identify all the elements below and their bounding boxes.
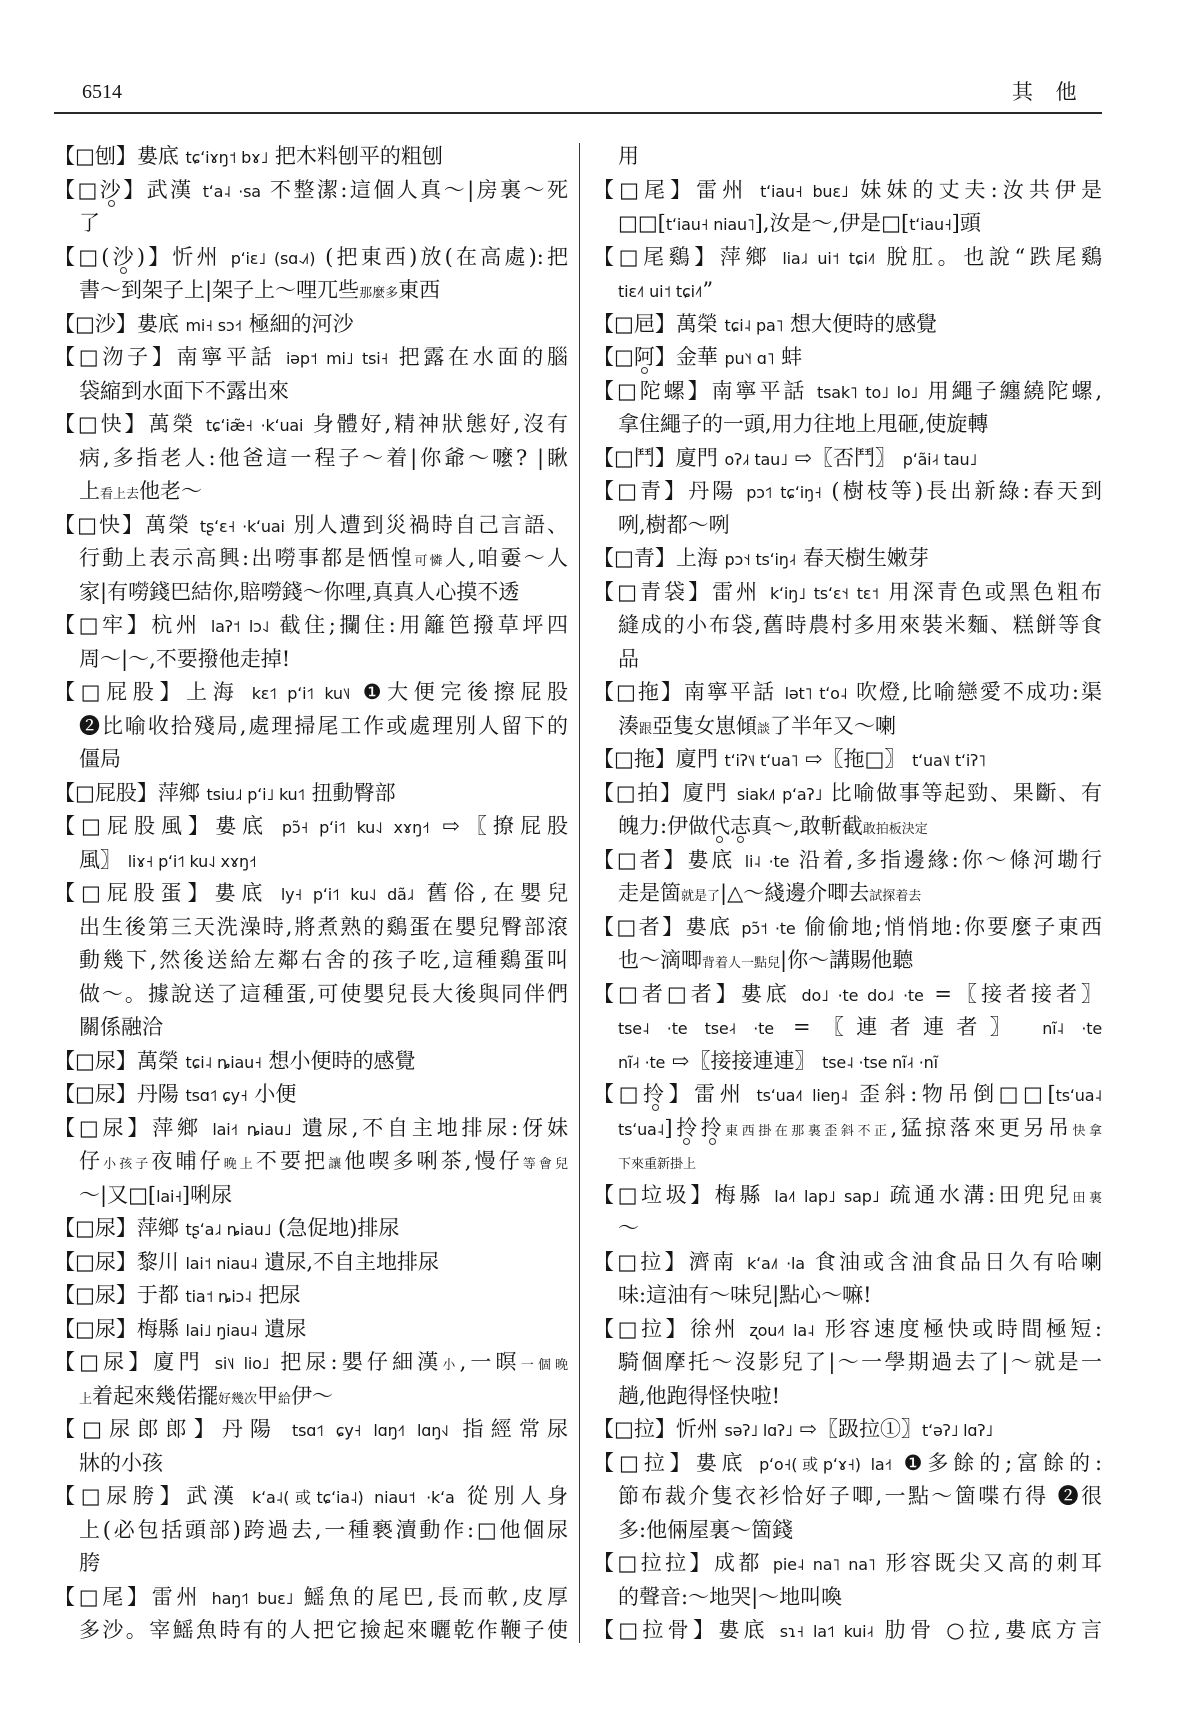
entry-line: 【□拍】廈門 siak˩˥ pʻaʔ˩ 比喻做事等起勁、果斷、有 — [593, 777, 1102, 811]
entry-line: 【□拖】南寧平話 lət˥ tʻo˨ 吹燈,比喻戀愛不成功:渠 — [593, 676, 1102, 710]
entry-line: 用 — [593, 140, 1102, 174]
dictionary-entry: 【□快】萬榮 tɕʻiæ̃˧ ·kʻuai 身體好,精神狀態好,沒有病,多指老人… — [54, 408, 568, 509]
gloss-note: 讓 — [328, 1157, 344, 1172]
left-column: 【□刨】婁底 tɕʻiɤŋ˦ bɤ˩ 把木料刨平的粗刨【□沙】武漢 tʻa˨ ·… — [54, 140, 568, 1648]
dialect-location: 武漢 — [186, 1484, 239, 1508]
pronunciation: do˩ ·te do˩˨ ·te — [801, 986, 923, 1005]
pronunciation: tʻua˥˩ tʻiʔ˥ — [912, 751, 986, 770]
pronunciation: pu˥˧ ɑ˥ — [725, 349, 775, 368]
section-title: 其 他 — [1012, 81, 1077, 103]
pronunciation: mi˧ sɔ˧˦ — [186, 316, 242, 335]
entry-line: 的聲音:～地哭|～地叫喚 — [593, 1581, 1102, 1615]
dialect-location: 忻州 — [172, 245, 220, 269]
entry-line: 【□者□者】婁底 do˩ ·te do˩˨ ·te =〖接者接者〗 — [593, 978, 1102, 1012]
page-number: 6514 — [82, 82, 122, 102]
dialect-location: 廈門 — [676, 446, 718, 470]
dialect-location: 南寧平話 — [177, 345, 276, 369]
dialect-location: 徐州 — [690, 1317, 739, 1341]
headword: 【□刨】 — [54, 144, 137, 168]
pronunciation: ly˧ pʻi˦˥ ku˨˩ dã˩˨ — [281, 885, 414, 904]
entry-line: 【□青】上海 pɔ˦˧ tsʻiŋ˨˧ 春天樹生嫩芽 — [593, 542, 1102, 576]
entry-line: 下來重新掛上 — [593, 1145, 1102, 1179]
headword: 【□拉】 — [593, 1417, 676, 1441]
entry-line: 風〗 liɤ˧ pʻi˦˥ ku˨˩ xɤŋ˧˦ — [54, 844, 568, 878]
dictionary-entry: 【□陀螺】南寧平話 tsak˥ to˩ lo˩ 用繩子纏繞陀螺,拿住繩子的一頭,… — [593, 375, 1102, 442]
pronunciation: kʻa˩˥ ·la — [747, 1254, 805, 1273]
dialect-location: 萬榮 — [145, 513, 191, 537]
headword: 【□尾鷄】 — [593, 245, 720, 269]
pronunciation: pɔ̃˧ pʻi˦˥ ku˨˩ xɤŋ˧˦ — [282, 818, 430, 837]
gloss-note: 背着人一點兒 — [702, 956, 780, 971]
dictionary-entry: 【□尿】萍鄉 tʂʻa˩˨ ȵiau˩ (急促地)排尿 — [54, 1212, 568, 1246]
dictionary-entry: 【□青】上海 pɔ˦˧ tsʻiŋ˨˧ 春天樹生嫩芽 — [593, 542, 1102, 576]
dialect-location: 濟南 — [689, 1250, 737, 1274]
entry-line: 品 — [593, 643, 1102, 677]
headword: 【□尿】 — [54, 1317, 137, 1341]
entry-line: tse˨ ·te tse˨˧ ·te =〖連者連者〗 nĩ˨ ·te — [593, 1011, 1102, 1045]
pronunciation: lai˧˦ ȵiau˩ — [212, 1120, 291, 1139]
pronunciation: tse˨ ·te tse˨˧ ·te — [618, 1019, 774, 1038]
pronunciation: pʻãi˨˧ tau˩ — [903, 450, 977, 469]
dialect-location: 婁底 — [214, 881, 268, 905]
dialect-location: 上海 — [676, 546, 718, 570]
headword: 【□青】 — [593, 546, 676, 570]
entry-continuation: 用 — [593, 140, 1102, 174]
pronunciation: tɕi˨ ȵiau˧ — [186, 1053, 262, 1072]
dictionary-entry: 【□阿】金華 pu˥˧ ɑ˥ 蚌 — [593, 341, 1102, 375]
dictionary-entry: 【□屁股】上海 kɛ˦˥ pʻi˦˥ ku˥˩ ❶大便完後擦屁股❷比喻收拾殘局,… — [54, 676, 568, 777]
pronunciation: kʻa˨(或tɕʻia˨) niau˦ ·kʻa — [252, 1488, 455, 1507]
entry-line: 【□尿】廈門 si˥˩ lio˩ 把尿:嬰仔細漢小,一暝一個晚 — [54, 1346, 568, 1380]
entry-line: 【□屁股】上海 kɛ˦˥ pʻi˦˥ ku˥˩ ❶大便完後擦屁股 — [54, 676, 568, 710]
dialect-location: 上海 — [186, 680, 239, 704]
pronunciation: tia˦ ȵiɔ˨ — [186, 1287, 252, 1306]
entry-line: 做～。據說送了這種蛋,可使嬰兒長大後與同伴們 — [54, 978, 568, 1012]
gloss-note: 東西掛在那裏歪斜不正 — [725, 1124, 890, 1139]
entry-line: 騎個摩托～沒影兒了|～一學期過去了|～就是一 — [593, 1346, 1102, 1380]
headword: 【□者□者】 — [593, 982, 741, 1006]
entry-line: 【□(沙)】忻州 pʻiɛ˩ (sɑ˨˩˦) (把東西)放(在高處):把 — [54, 241, 568, 275]
pronunciation: tʂʻa˩˨ ȵiau˩ — [186, 1220, 272, 1239]
headword: 【□青】 — [593, 479, 688, 503]
headword: 【□(沙)】 — [54, 245, 172, 269]
circled-char: 拎 — [701, 1116, 726, 1140]
dialect-location: 婁底 — [687, 848, 735, 872]
pronunciation: tɕi˨ pa˥ — [725, 316, 784, 335]
pronunciation: tʻiʔ˥˩ tʻua˥ — [725, 751, 799, 770]
dictionary-entry: 【□尿】于都 tia˦ ȵiɔ˨ 把尿 — [54, 1279, 568, 1313]
entry-line: 拿住繩子的一頭,用力往地上甩砸,使旋轉 — [593, 408, 1102, 442]
dictionary-entry: 【□快】萬榮 tʂʻɛ˧ ·kʻuai 別人遭到災禍時自己言語、行動上表示高興:… — [54, 509, 568, 610]
dictionary-entry: 【□㞎】萬榮 tɕi˨ pa˥ 想大便時的感覺 — [593, 308, 1102, 342]
gloss-note: 好幾次 — [218, 1392, 257, 1407]
entry-line: 行動上表示高興:出嘮事都是恓惶可憐人,咱嫑～人 — [54, 542, 568, 576]
pronunciation: tse˨ ·tse nĩ˨˧ ·nĩ — [822, 1053, 938, 1072]
dialect-location: 雷州 — [696, 178, 748, 202]
entry-line: 【□拉】徐州 ʐou˨˥ la˨ 形容速度極快或時間極短: — [593, 1313, 1102, 1347]
entry-line: 牀的小孩 — [54, 1447, 568, 1481]
headword: 【□鬥】 — [593, 446, 676, 470]
entry-line: 【□陀螺】南寧平話 tsak˥ to˩ lo˩ 用繩子纏繞陀螺, — [593, 375, 1102, 409]
entry-line: 【□快】萬榮 tʂʻɛ˧ ·kʻuai 別人遭到災禍時自己言語、 — [54, 509, 568, 543]
gloss-note: 田裏 — [1072, 1191, 1102, 1206]
entry-line: 【□拉】濟南 kʻa˩˥ ·la 食油或含油食品日久有哈喇 — [593, 1246, 1102, 1280]
dictionary-entry: 【□者】婁底 li˨ ·te 沿着,多指邊緣:你～條河墈行走是箇就是了|△～綫邊… — [593, 844, 1102, 911]
dictionary-entry: 【□牢】杭州 laʔ˦ lɔ˨˩ 截住;攔住:用籬笆撥草坪四周～|～,不要撥他走… — [54, 609, 568, 676]
entry-line: 【□尾】雷州 tʻiau˧ buɛ˩ 妹妹的丈夫:汝共伊是 — [593, 174, 1102, 208]
dictionary-entry: 【□屁股蛋】婁底 ly˧ pʻi˦˥ ku˨˩ dã˩˨ 舊俗,在嬰兒出生後第三… — [54, 877, 568, 1045]
gloss-note: 快拿 — [1072, 1124, 1102, 1139]
dialect-location: 婁底 — [741, 982, 791, 1006]
headword: 【□尿】 — [54, 1116, 152, 1140]
entry-line: 【□沕子】南寧平話 iəp˦ mi˩ tsi˧ 把露在水面的腦 — [54, 341, 568, 375]
entry-line: □□[tʻiau˧ niau˥],汝是～,伊是□[tʻiau˧]頭 — [593, 207, 1102, 241]
dialect-location: 金華 — [676, 345, 718, 369]
dictionary-entry: 【□拉】忻州 səʔ˩ lɑʔ˩ ⇨〖趿拉①〗tʻəʔ˩ lɑʔ˩ — [593, 1413, 1102, 1447]
dictionary-entry: 【□者□者】婁底 do˩ ·te do˩˨ ·te =〖接者接者〗tse˨ ·t… — [593, 978, 1102, 1079]
pronunciation: tsak˥ to˩ lo˩ — [817, 383, 918, 402]
headword: 【□屁股】 — [54, 781, 158, 805]
pronunciation: liɤ˧ pʻi˦˥ ku˨˩ xɤŋ˧˦ — [128, 852, 257, 871]
pronunciation: tsʻua˨ — [618, 1120, 664, 1139]
entry-line: 【□刨】婁底 tɕʻiɤŋ˦ bɤ˩ 把木料刨平的粗刨 — [54, 140, 568, 174]
entry-line: 也～滴唧背着人一點兒|你～講賜他聽 — [593, 944, 1102, 978]
entry-line: 家|有嘮錢巴結你,賠嘮錢～你哩,真真人心摸不透 — [54, 576, 568, 610]
dialect-location: 萍鄉 — [158, 781, 200, 805]
headword: 【□尿】 — [54, 1216, 137, 1240]
dialect-location: 南寧平話 — [684, 680, 776, 704]
entry-line: 病,多指老人:他爸這一程子～着|你爺～嚒? |瞅 — [54, 442, 568, 476]
pronunciation: tʻiau˧ buɛ˩ — [760, 182, 848, 201]
gloss-note: 談 — [757, 722, 770, 737]
right-column: 用【□尾】雷州 tʻiau˧ buɛ˩ 妹妹的丈夫:汝共伊是□□[tʻiau˧ … — [593, 140, 1102, 1648]
entry-line: 【□尿胯】武漢 kʻa˨(或tɕʻia˨) niau˦ ·kʻa 從別人身 — [54, 1480, 568, 1514]
dialect-location: 成都 — [714, 1551, 763, 1575]
pronunciation: tʻəʔ˩ lɑʔ˩ — [922, 1421, 993, 1440]
dialect-location: 婁底 — [137, 312, 179, 336]
entry-line: 【□尾鷄】萍鄉 lia˩˨ ui˦ tɕi˨˥ 脫肛。也說“跌尾鷄 — [593, 241, 1102, 275]
pronunciation: tsʻua˨ — [1056, 1086, 1102, 1105]
headword: 【□拉】 — [593, 1317, 690, 1341]
dictionary-entry: 【□尿】丹陽 tsɑ˦˥ ɕy˧ 小便 — [54, 1078, 568, 1112]
pronunciation: si˥˩ lio˩ — [215, 1354, 270, 1373]
entry-line: ～|又□[lai˧]唎尿 — [54, 1179, 568, 1213]
entry-line: 【□青】丹陽 pɔ˦˥ tɕʻiŋ˧ (樹枝等)長出新綠:春天到 — [593, 475, 1102, 509]
pronunciation: pɔ˦˧ tsʻiŋ˨˧ — [725, 550, 797, 569]
entry-line: 【□屁股風】婁底 pɔ̃˧ pʻi˦˥ ku˨˩ xɤŋ˧˦ ⇨〖撩屁股 — [54, 810, 568, 844]
pronunciation: nĩ˨ ·te — [1042, 1019, 1102, 1038]
dialect-location: 萍鄉 — [720, 245, 771, 269]
dialect-location: 萬榮 — [137, 1049, 179, 1073]
entry-line: 多:他倆屋裏～箇錢 — [593, 1514, 1102, 1548]
headword: 【□牢】 — [54, 613, 151, 637]
headword: 【□垃圾】 — [593, 1183, 715, 1207]
entry-line: nĩ˨˧ ·te ⇨〖接接連連〗 tse˨ ·tse nĩ˨˧ ·nĩ — [593, 1045, 1102, 1079]
entry-line: 湊跟亞隻女崽傾談了半年又～喇 — [593, 710, 1102, 744]
pronunciation: tiɛ˨˥ ui˦ tɕi˨˥ — [618, 282, 702, 301]
dictionary-entry: 【□尿郎郎】丹陽 tsɑ˦˥ ɕy˧ lɑŋ˧˥ lɑŋ˧˩ 指經常尿牀的小孩 — [54, 1413, 568, 1480]
dialect-location: 廈門 — [683, 781, 729, 805]
dictionary-entry: 【□尾鷄】萍鄉 lia˩˨ ui˦ tɕi˨˥ 脫肛。也說“跌尾鷄tiɛ˨˥ u… — [593, 241, 1102, 308]
entry-line: ～ — [593, 1212, 1102, 1246]
headword: 【□㞎】 — [593, 312, 676, 336]
headword: 【□尾】 — [593, 178, 696, 202]
entry-line: 【□者】婁底 li˨ ·te 沿着,多指邊緣:你～條河墈行 — [593, 844, 1102, 878]
headword: 【□沙】 — [54, 178, 147, 202]
dialect-location: 雷州 — [152, 1585, 201, 1609]
dialect-location: 婁底 — [137, 144, 179, 168]
dialect-location: 廈門 — [676, 747, 718, 771]
headword: 【□拉】 — [593, 1250, 689, 1274]
entry-line: 動幾下,然後送給左鄰右舍的孩子吃,這種鷄蛋叫 — [54, 944, 568, 978]
pronunciation: li˨ ·te — [745, 852, 790, 871]
pronunciation: tsɑ˦˥ ɕy˧ lɑŋ˧˥ lɑŋ˧˩ — [292, 1421, 449, 1440]
pronunciation: tʻiau˧ niau˥ — [666, 215, 755, 234]
circled-char: 沙 — [109, 245, 136, 269]
gloss-note: 看上去 — [100, 487, 139, 502]
dictionary-entry: 【□尿】黎川 lai˦ niau˨ 遺尿,不自主地排尿 — [54, 1246, 568, 1280]
gloss-note: 那麼多 — [359, 286, 398, 301]
dictionary-entry: 【□拉】濟南 kʻa˩˥ ·la 食油或含油食品日久有哈喇味:這油有～味兒|點心… — [593, 1246, 1102, 1313]
dictionary-entry: 【□拍】廈門 siak˩˥ pʻaʔ˩ 比喻做事等起勁、果斷、有魄力:伊做代志真… — [593, 777, 1102, 844]
pronunciation: tsɑ˦˥ ɕy˧ — [186, 1086, 248, 1105]
gloss-note: 晚上 — [224, 1157, 256, 1172]
entry-line: 【□尾】雷州 haŋ˦˥ buɛ˩ 鰩魚的尾巴,長而軟,皮厚 — [54, 1581, 568, 1615]
pronunciation: tɕʻiɤŋ˦ bɤ˩ — [186, 148, 269, 167]
headword: 【□屁股風】 — [54, 814, 215, 838]
entry-line: 【□沙】武漢 tʻa˨ ·sa 不整潔:這個人真～|房裏～死 — [54, 174, 568, 208]
dictionary-entry: 【□沙】婁底 mi˧ sɔ˧˦ 極細的河沙 — [54, 308, 568, 342]
dialect-location: 杭州 — [151, 613, 200, 637]
circled-char: 拎 — [643, 1082, 669, 1106]
pronunciation: lət˥ tʻo˨ — [785, 684, 848, 703]
entry-line: 【□拉】婁底 pʻo˧(或pʻɤ˧) la˧˦ ❶多餘的;富餘的: — [593, 1447, 1102, 1481]
entry-line: 【□阿】金華 pu˥˧ ɑ˥ 蚌 — [593, 341, 1102, 375]
dialect-location: 黎川 — [137, 1250, 179, 1274]
headword: 【□尿】 — [54, 1049, 137, 1073]
headword: 【□拉骨】 — [593, 1618, 718, 1642]
entry-line: 上看上去他老～ — [54, 475, 568, 509]
headword: 【□屁股】 — [54, 680, 186, 704]
headword: 【□者】 — [593, 848, 687, 872]
dictionary-entry: 【□青袋】雷州 kʻiŋ˩ tsʻɛ˦˧ tɛ˦ 用深青色或黑色粗布縫成的小布袋… — [593, 576, 1102, 677]
headword: 【□尿胯】 — [54, 1484, 186, 1508]
pronunciation: siak˩˥ pʻaʔ˩ — [737, 785, 822, 804]
entry-line: 【□屁股】萍鄉 tsiu˩˨ pʻi˩ ku˦˥ 扭動臀部 — [54, 777, 568, 811]
dialect-location: 丹陽 — [222, 1417, 278, 1441]
headword: 【□尿郎郎】 — [54, 1417, 222, 1441]
dictionary-entry: 【□尿胯】武漢 kʻa˨(或tɕʻia˨) niau˦ ·kʻa 從別人身上(必… — [54, 1480, 568, 1581]
headword: 【□拖】 — [593, 747, 676, 771]
pronunciation: nĩ˨˧ ·te — [618, 1053, 665, 1072]
headword: 【□拉】 — [593, 1451, 696, 1475]
pronunciation: lai˩ ŋiau˨ — [186, 1321, 258, 1340]
entry-line: 上(必包括頭部)跨過去,一種褻瀆動作:□他個尿 — [54, 1514, 568, 1548]
dictionary-entry: 【□尿】萍鄉 lai˧˦ ȵiau˩ 遺尿,不自主地排尿:伢妹仔小孩子夜晡仔晚上… — [54, 1112, 568, 1213]
entry-line: 味:這油有～味兒|點心～嘛! — [593, 1279, 1102, 1313]
headword: 【□陀螺】 — [593, 379, 712, 403]
dictionary-entry: 【□垃圾】梅縣 la˨˥ lap˩ sap˩ 疏通水溝:田兜兒田裏～ — [593, 1179, 1102, 1246]
headword: 【□尿】 — [54, 1250, 137, 1274]
entry-line: ❷比喻收拾殘局,處理掃尾工作或處理別人留下的 — [54, 710, 568, 744]
pronunciation: lia˩˨ ui˦ tɕi˨˥ — [782, 249, 875, 268]
entry-line: 袋縮到水面下不露出來 — [54, 375, 568, 409]
entry-line: 【□拉拉】成都 pie˨ na˥ na˥ 形容既尖又高的刺耳 — [593, 1547, 1102, 1581]
dictionary-entry: 【□拉】徐州 ʐou˨˥ la˨ 形容速度極快或時間極短:騎個摩托～沒影兒了|～… — [593, 1313, 1102, 1414]
headword: 【□沙】 — [54, 312, 137, 336]
pronunciation: pie˨ na˥ na˥ — [773, 1555, 876, 1574]
entry-line: 【□青袋】雷州 kʻiŋ˩ tsʻɛ˦˧ tɛ˦ 用深青色或黑色粗布 — [593, 576, 1102, 610]
dictionary-entry: 【□拉骨】婁底 sɿ˧ la˦˥ kui˨˧ 肋骨 ○拉,婁底方言 — [593, 1614, 1102, 1648]
dictionary-entry: 【□拉】婁底 pʻo˧(或pʻɤ˧) la˧˦ ❶多餘的;富餘的:節布裁介隻衣衫… — [593, 1447, 1102, 1548]
dictionary-entry: 【□尾】雷州 tʻiau˧ buɛ˩ 妹妹的丈夫:汝共伊是□□[tʻiau˧ n… — [593, 174, 1102, 241]
entry-line: 【□尿郎郎】丹陽 tsɑ˦˥ ɕy˧ lɑŋ˧˥ lɑŋ˧˩ 指經常尿 — [54, 1413, 568, 1447]
pronunciation: pʻo˧(或pʻɤ˧) la˧˦ — [759, 1455, 892, 1474]
entry-line: 【□拎】雷州 tsʻua˨˥ lieŋ˨ 歪斜:物吊倒□□[tsʻua˨ — [593, 1078, 1102, 1112]
dictionary-entry: 【□拎】雷州 tsʻua˨˥ lieŋ˨ 歪斜:物吊倒□□[tsʻua˨tsʻu… — [593, 1078, 1102, 1179]
entry-line: 了 — [54, 207, 568, 241]
dictionary-entry: 【□尾】雷州 haŋ˦˥ buɛ˩ 鰩魚的尾巴,長而軟,皮厚多沙。宰鰩魚時有的人… — [54, 1581, 568, 1648]
dialect-location: 忻州 — [676, 1417, 718, 1441]
pronunciation: kʻiŋ˩ tsʻɛ˦˧ tɛ˦ — [770, 584, 879, 603]
dialect-location: 婁底 — [215, 814, 269, 838]
entry-line: 【□尿】于都 tia˦ ȵiɔ˨ 把尿 — [54, 1279, 568, 1313]
dialect-location: 婁底 — [718, 1618, 769, 1642]
entry-line: 【□牢】杭州 laʔ˦ lɔ˨˩ 截住;攔住:用籬笆撥草坪四 — [54, 609, 568, 643]
dictionary-entry: 【□刨】婁底 tɕʻiɤŋ˦ bɤ˩ 把木料刨平的粗刨 — [54, 140, 568, 174]
entry-line: 【□快】萬榮 tɕʻiæ̃˧ ·kʻuai 身體好,精神狀態好,沒有 — [54, 408, 568, 442]
dictionary-entry: 【□沕子】南寧平話 iəp˦ mi˩ tsi˧ 把露在水面的腦袋縮到水面下不露出… — [54, 341, 568, 408]
entry-line: 仔小孩子夜晡仔晚上不要把讓他喫多唎茶,慢仔等會兒 — [54, 1145, 568, 1179]
entry-line: 節布裁介隻衣衫恰好子唧,一點～箇喋冇得 ❷很 — [593, 1480, 1102, 1514]
gloss-note: 一個晚 — [521, 1358, 568, 1373]
pronunciation: lai˦ niau˨ — [186, 1254, 258, 1273]
pronunciation: la˨˥ lap˩ sap˩ — [774, 1187, 879, 1206]
header-rule — [54, 112, 1102, 114]
pronunciation: kɛ˦˥ pʻi˦˥ ku˥˩ — [252, 684, 351, 703]
entry-line: 【□沙】婁底 mi˧ sɔ˧˦ 極細的河沙 — [54, 308, 568, 342]
pronunciation: oʔ˩˧ tau˩ — [725, 450, 788, 469]
gloss-note: 給 — [278, 1392, 291, 1407]
entry-line: 上着起來幾偌擺好幾次甲給伊～ — [54, 1380, 568, 1414]
headword: 【□快】 — [54, 412, 148, 436]
headword: 【□尿】 — [54, 1082, 137, 1106]
dictionary-entry: 【□屁股】萍鄉 tsiu˩˨ pʻi˩ ku˦˥ 扭動臀部 — [54, 777, 568, 811]
dictionary-entry: 【□拉拉】成都 pie˨ na˥ na˥ 形容既尖又高的刺耳的聲音:～地哭|～地… — [593, 1547, 1102, 1614]
dialect-location: 于都 — [137, 1283, 179, 1307]
dictionary-entry: 【□(沙)】忻州 pʻiɛ˩ (sɑ˨˩˦) (把東西)放(在高處):把書～到架… — [54, 241, 568, 308]
pronunciation: iəp˦ mi˩ tsi˧ — [286, 349, 388, 368]
entry-line: 【□拉骨】婁底 sɿ˧ la˦˥ kui˨˧ 肋骨 ○拉,婁底方言 — [593, 1614, 1102, 1648]
entry-line: 【□拉】忻州 səʔ˩ lɑʔ˩ ⇨〖趿拉①〗tʻəʔ˩ lɑʔ˩ — [593, 1413, 1102, 1447]
pronunciation: pɔ̃˦ ·te — [741, 919, 795, 938]
headword: 【□阿】 — [593, 345, 676, 369]
headword: 【□屁股蛋】 — [54, 881, 214, 905]
entry-line: 多沙。宰鰩魚時有的人把它撿起來曬乾作鞭子使 — [54, 1614, 568, 1648]
dialect-location: 婁底 — [696, 1451, 748, 1475]
dictionary-entry: 【□青】丹陽 pɔ˦˥ tɕʻiŋ˧ (樹枝等)長出新綠:春天到咧,樹都～咧 — [593, 475, 1102, 542]
gloss-note: 小孩子 — [103, 1157, 151, 1172]
headword: 【□青袋】 — [593, 580, 712, 604]
dialect-location: 萬榮 — [148, 412, 196, 436]
pronunciation: pɔ˦˥ tɕʻiŋ˧ — [746, 483, 821, 502]
dialect-location: 梅縣 — [137, 1317, 179, 1341]
entry-line: tsʻua˨]拎拎東西掛在那裏歪斜不正,猛掠落來更另吊快拿 — [593, 1112, 1102, 1146]
entry-line: 【□尿】丹陽 tsɑ˦˥ ɕy˧ 小便 — [54, 1078, 568, 1112]
gloss-note: 等會兒 — [523, 1157, 568, 1172]
pronunciation: tʻa˨ ·sa — [203, 182, 261, 201]
dictionary-entry: 【□尿】梅縣 lai˩ ŋiau˨ 遺尿 — [54, 1313, 568, 1347]
entry-line: 胯 — [54, 1547, 568, 1581]
entry-line: 【□㞎】萬榮 tɕi˨ pa˥ 想大便時的感覺 — [593, 308, 1102, 342]
headword: 【□拎】 — [593, 1082, 694, 1106]
gloss-note: 小 — [442, 1358, 459, 1373]
pronunciation: tsiu˩˨ pʻi˩ ku˦˥ — [207, 785, 305, 804]
pronunciation: tʂʻɛ˧ ·kʻuai — [200, 517, 285, 536]
entry-line: 【□尿】梅縣 lai˩ ŋiau˨ 遺尿 — [54, 1313, 568, 1347]
dialect-location: 萬榮 — [676, 312, 718, 336]
dialect-location: 梅縣 — [715, 1183, 764, 1207]
dictionary-entry: 【□者】婁底 pɔ̃˦ ·te 偷偷地;悄悄地:你要麼子東西也～滴唧背着人一點兒… — [593, 911, 1102, 978]
entry-line: 【□尿】萬榮 tɕi˨ ȵiau˧ 想小便時的感覺 — [54, 1045, 568, 1079]
entry-line: 趟,他跑得怪快啦! — [593, 1380, 1102, 1414]
pronunciation: sɿ˧ la˦˥ kui˨˧ — [780, 1622, 874, 1641]
entry-line: 周～|～,不要撥他走掉! — [54, 643, 568, 677]
pronunciation: pʻiɛ˩ (sɑ˨˩˦) — [231, 249, 316, 268]
entry-line: 【□尿】萍鄉 lai˧˦ ȵiau˩ 遺尿,不自主地排尿:伢妹 — [54, 1112, 568, 1146]
entry-line: 【□垃圾】梅縣 la˨˥ lap˩ sap˩ 疏通水溝:田兜兒田裏 — [593, 1179, 1102, 1213]
gloss-note: 敢拍板決定 — [863, 822, 928, 837]
headword: 【□尿】 — [54, 1350, 154, 1374]
dialect-location: 萍鄉 — [152, 1116, 202, 1140]
pronunciation: laʔ˦ lɔ˨˩ — [211, 617, 269, 636]
circled-char: 代 — [709, 814, 730, 838]
circled-char: 沙 — [100, 178, 123, 202]
entry-line: 【□尿】萍鄉 tʂʻa˩˨ ȵiau˩ (急促地)排尿 — [54, 1212, 568, 1246]
pronunciation: lai˧ — [156, 1187, 182, 1206]
entry-line: 縫成的小布袋,舊時農村多用來裝米麵、糕餅等食 — [593, 609, 1102, 643]
headword: 【□者】 — [593, 915, 685, 939]
entry-line: 【□拖】廈門 tʻiʔ˥˩ tʻua˥ ⇨〖拖□〗 tʻua˥˩ tʻiʔ˥ — [593, 743, 1102, 777]
headword: 【□拍】 — [593, 781, 683, 805]
headword: 【□沕子】 — [54, 345, 177, 369]
dialect-location: 丹陽 — [688, 479, 736, 503]
dialect-location: 雷州 — [712, 580, 760, 604]
pronunciation: tsʻua˨˥ lieŋ˨ — [757, 1086, 848, 1105]
pronunciation: ʐou˨˥ la˨ — [749, 1321, 814, 1340]
gloss-note: 試探着去 — [869, 889, 921, 904]
gloss-note: 跟 — [639, 722, 652, 737]
pronunciation: səʔ˩ lɑʔ˩ — [725, 1421, 793, 1440]
circled-char: 阿 — [634, 345, 655, 369]
entry-line: 關係融洽 — [54, 1011, 568, 1045]
entry-line: 走是箇就是了|△～綫邊介唧去試探着去 — [593, 877, 1102, 911]
dictionary-entry: 【□尿】廈門 si˥˩ lio˩ 把尿:嬰仔細漢小,一暝一個晚上着起來幾偌擺好幾… — [54, 1346, 568, 1413]
entry-line: 【□鬥】廈門 oʔ˩˧ tau˩ ⇨〖否鬥〗 pʻãi˨˧ tau˩ — [593, 442, 1102, 476]
headword: 【□快】 — [54, 513, 145, 537]
circled-char: 志 — [730, 814, 751, 838]
entry-line: 【□者】婁底 pɔ̃˦ ·te 偷偷地;悄悄地:你要麼子東西 — [593, 911, 1102, 945]
headword: 【□拉拉】 — [593, 1551, 714, 1575]
gloss-note: 下來重新掛上 — [618, 1157, 696, 1172]
dictionary-entry: 【□拖】廈門 tʻiʔ˥˩ tʻua˥ ⇨〖拖□〗 tʻua˥˩ tʻiʔ˥ — [593, 743, 1102, 777]
dialect-location: 雷州 — [694, 1082, 745, 1106]
dictionary-entry: 【□拖】南寧平話 lət˥ tʻo˨ 吹燈,比喻戀愛不成功:渠湊跟亞隻女崽傾談了… — [593, 676, 1102, 743]
dictionary-entry: 【□沙】武漢 tʻa˨ ·sa 不整潔:這個人真～|房裏～死了 — [54, 174, 568, 241]
headword: 【□尾】 — [54, 1585, 152, 1609]
circled-char: 拎 — [673, 1116, 701, 1140]
gloss-note: 就是了 — [681, 889, 720, 904]
